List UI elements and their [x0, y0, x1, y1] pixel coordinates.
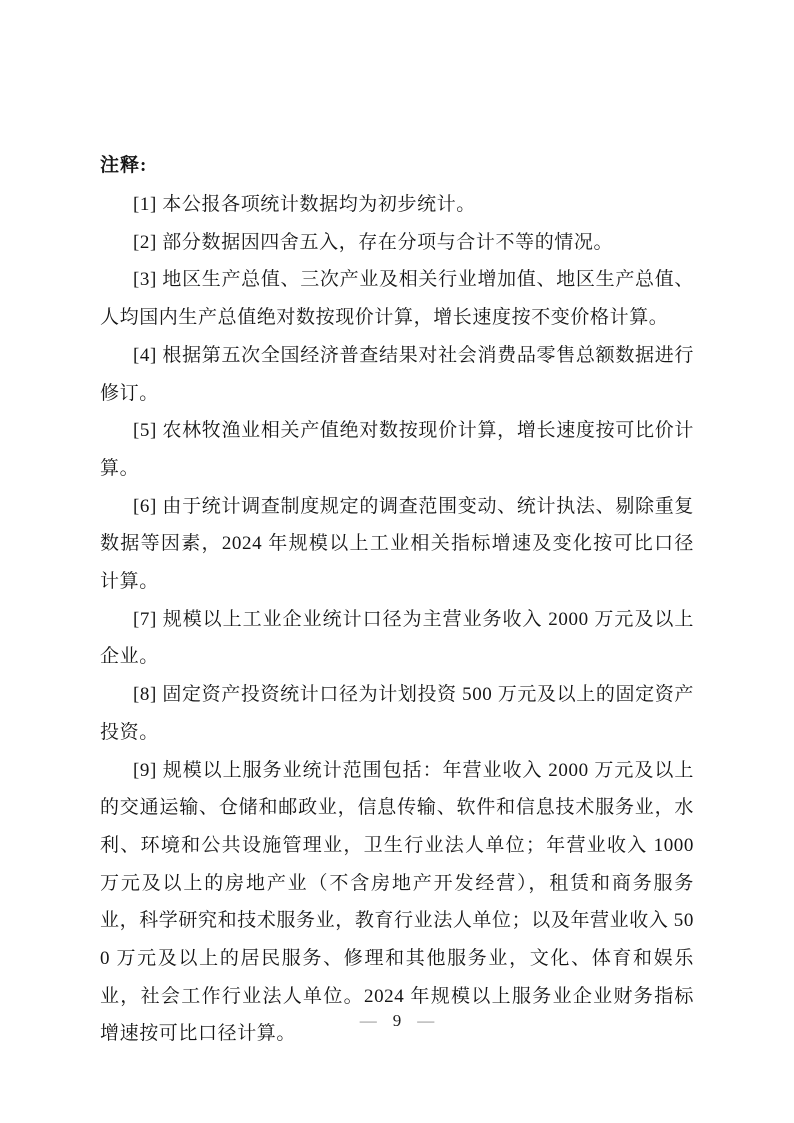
- note-item-9: [9] 规模以上服务业统计范围包括：年营业收入 2000 万元及以上的交通运输、…: [100, 752, 694, 1054]
- note-item-1: [1] 本公报各项统计数据均为初步统计。: [100, 186, 694, 224]
- notes-title: 注释:: [100, 146, 694, 186]
- note-item-3: [3] 地区生产总值、三次产业及相关行业增加值、地区生产总值、人均国内生产总值绝…: [100, 261, 694, 336]
- note-item-8: [8] 固定资产投资统计口径为计划投资 500 万元及以上的固定资产投资。: [100, 676, 694, 751]
- note-item-2: [2] 部分数据因四舍五入，存在分项与合计不等的情况。: [100, 224, 694, 262]
- footer-right-dash: —: [417, 1011, 434, 1030]
- notes-section: 注释: [1] 本公报各项统计数据均为初步统计。 [2] 部分数据因四舍五入，存…: [100, 146, 694, 1053]
- page-footer: —9—: [0, 1010, 794, 1032]
- page-number: 9: [393, 1011, 402, 1030]
- note-item-4: [4] 根据第五次全国经济普查结果对社会消费品零售总额数据进行修订。: [100, 337, 694, 412]
- document-page: 注释: [1] 本公报各项统计数据均为初步统计。 [2] 部分数据因四舍五入，存…: [0, 0, 794, 1123]
- note-item-5: [5] 农林牧渔业相关产值绝对数按现价计算，增长速度按可比价计算。: [100, 412, 694, 487]
- footer-left-dash: —: [360, 1011, 377, 1030]
- note-item-7: [7] 规模以上工业企业统计口径为主营业务收入 2000 万元及以上企业。: [100, 601, 694, 676]
- note-item-6: [6] 由于统计调查制度规定的调查范围变动、统计执法、剔除重复数据等因素，202…: [100, 488, 694, 601]
